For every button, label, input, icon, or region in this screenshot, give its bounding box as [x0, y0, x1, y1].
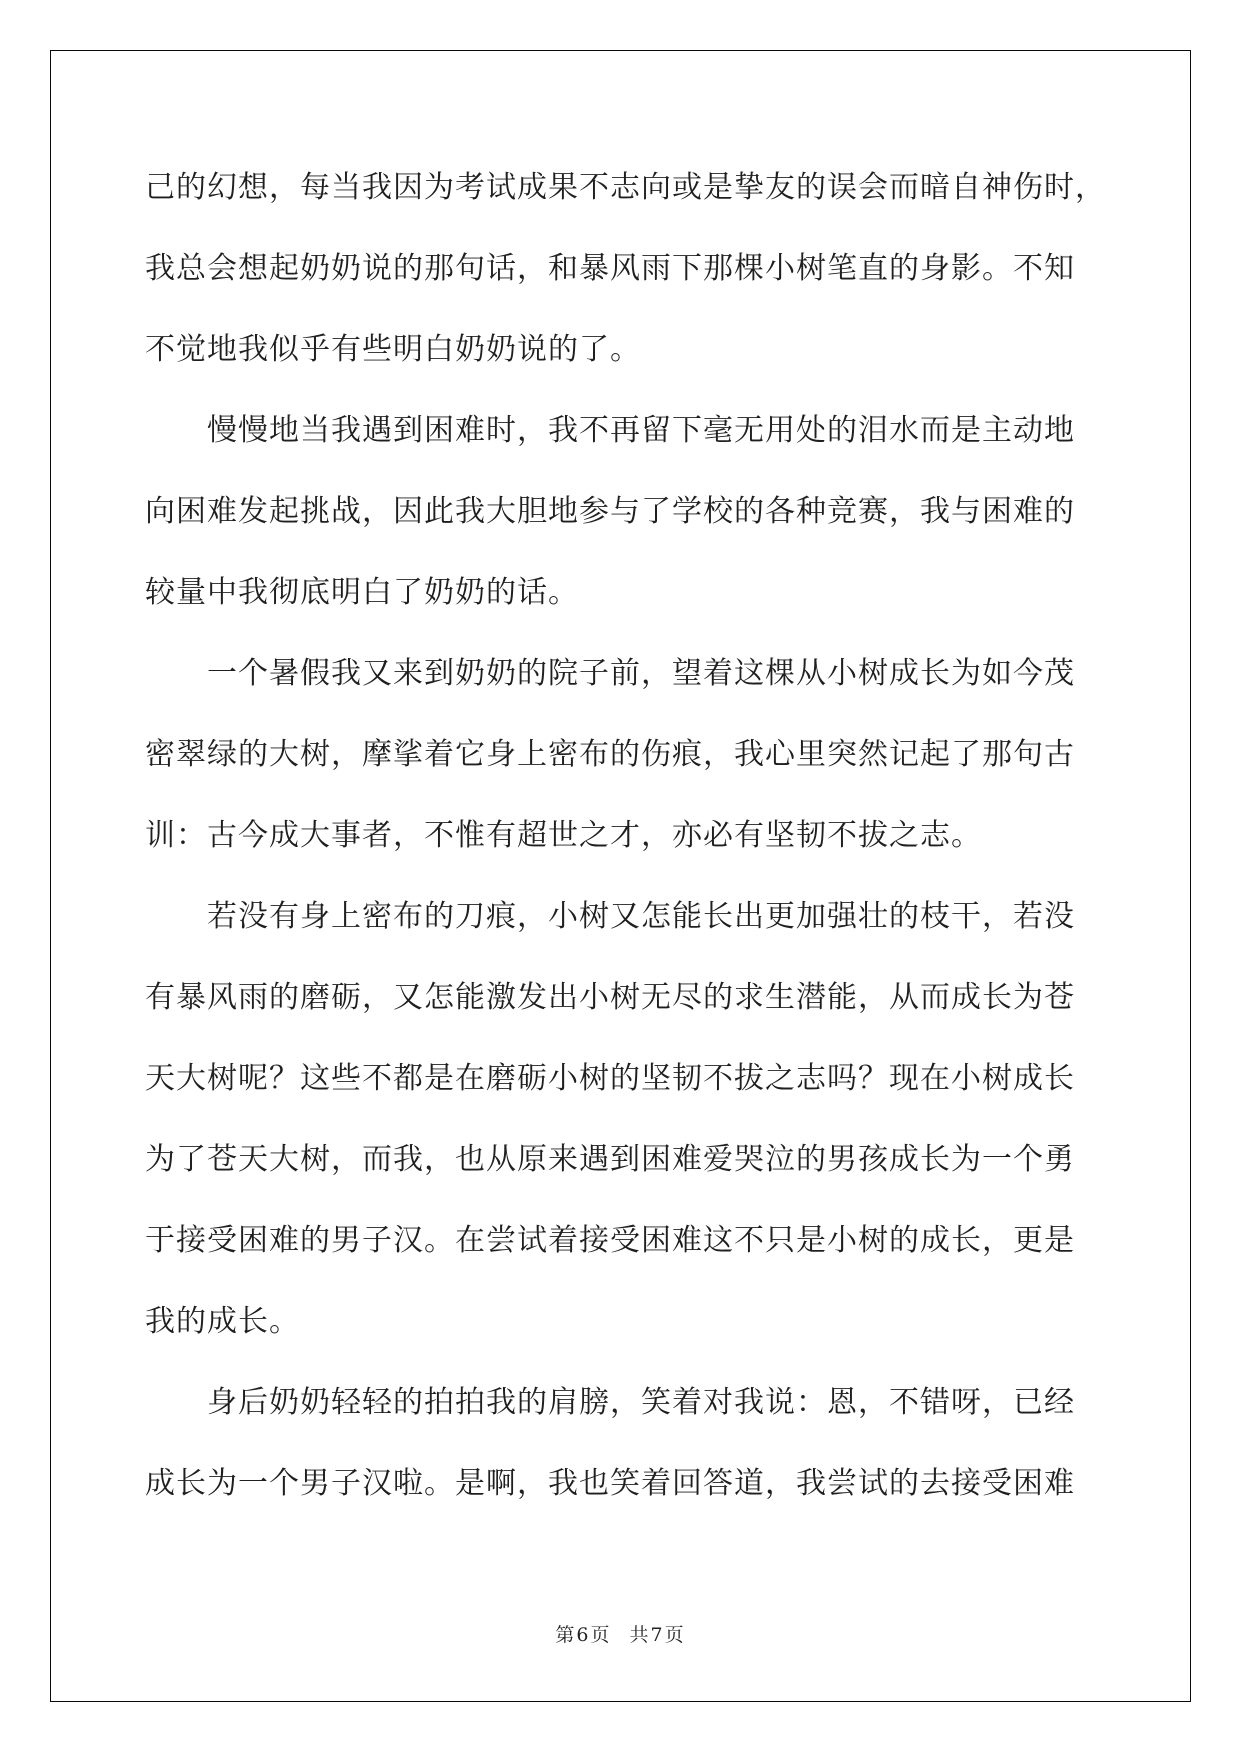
page-number-label: 第6页	[555, 1622, 611, 1648]
page-total-label: 共7页	[630, 1622, 686, 1648]
text-line: 较量中我彻底明白了奶奶的话。	[145, 552, 1130, 633]
text-line: 不觉地我似乎有些明白奶奶说的了。	[145, 309, 1130, 390]
text-line: 慢慢地当我遇到困难时，我不再留下毫无用处的泪水而是主动地	[145, 390, 1130, 471]
page-footer: 第6页共7页	[50, 1622, 1191, 1648]
text-line: 一个暑假我又来到奶奶的院子前，望着这棵从小树成长为如今茂	[145, 633, 1130, 714]
text-line: 我的成长。	[145, 1281, 1130, 1362]
text-line: 密翠绿的大树，摩挲着它身上密布的伤痕，我心里突然记起了那句古	[145, 714, 1130, 795]
text-line: 身后奶奶轻轻的拍拍我的肩膀，笑着对我说：恩，不错呀，已经	[145, 1362, 1130, 1443]
document-page: 己的幻想，每当我因为考试成果不志向或是挚友的误会而暗自神伤时， 我总会想起奶奶说…	[0, 0, 1241, 1754]
text-line: 有暴风雨的磨砺，又怎能激发出小树无尽的求生潜能，从而成长为苍	[145, 957, 1130, 1038]
text-line: 于接受困难的男子汉。在尝试着接受困难这不只是小树的成长，更是	[145, 1200, 1130, 1281]
text-line: 我总会想起奶奶说的那句话，和暴风雨下那棵小树笔直的身影。不知	[145, 228, 1130, 309]
text-line: 若没有身上密布的刀痕，小树又怎能长出更加强壮的枝干，若没	[145, 876, 1130, 957]
essay-body: 己的幻想，每当我因为考试成果不志向或是挚友的误会而暗自神伤时， 我总会想起奶奶说…	[145, 147, 1130, 1524]
text-line: 天大树呢？这些不都是在磨砺小树的坚韧不拔之志吗？现在小树成长	[145, 1038, 1130, 1119]
text-line: 为了苍天大树，而我，也从原来遇到困难爱哭泣的男孩成长为一个勇	[145, 1119, 1130, 1200]
text-line: 成长为一个男子汉啦。是啊，我也笑着回答道，我尝试的去接受困难	[145, 1443, 1130, 1524]
text-line: 向困难发起挑战，因此我大胆地参与了学校的各种竞赛，我与困难的	[145, 471, 1130, 552]
text-line: 己的幻想，每当我因为考试成果不志向或是挚友的误会而暗自神伤时，	[145, 147, 1130, 228]
text-line: 训：古今成大事者，不惟有超世之才，亦必有坚韧不拔之志。	[145, 795, 1130, 876]
